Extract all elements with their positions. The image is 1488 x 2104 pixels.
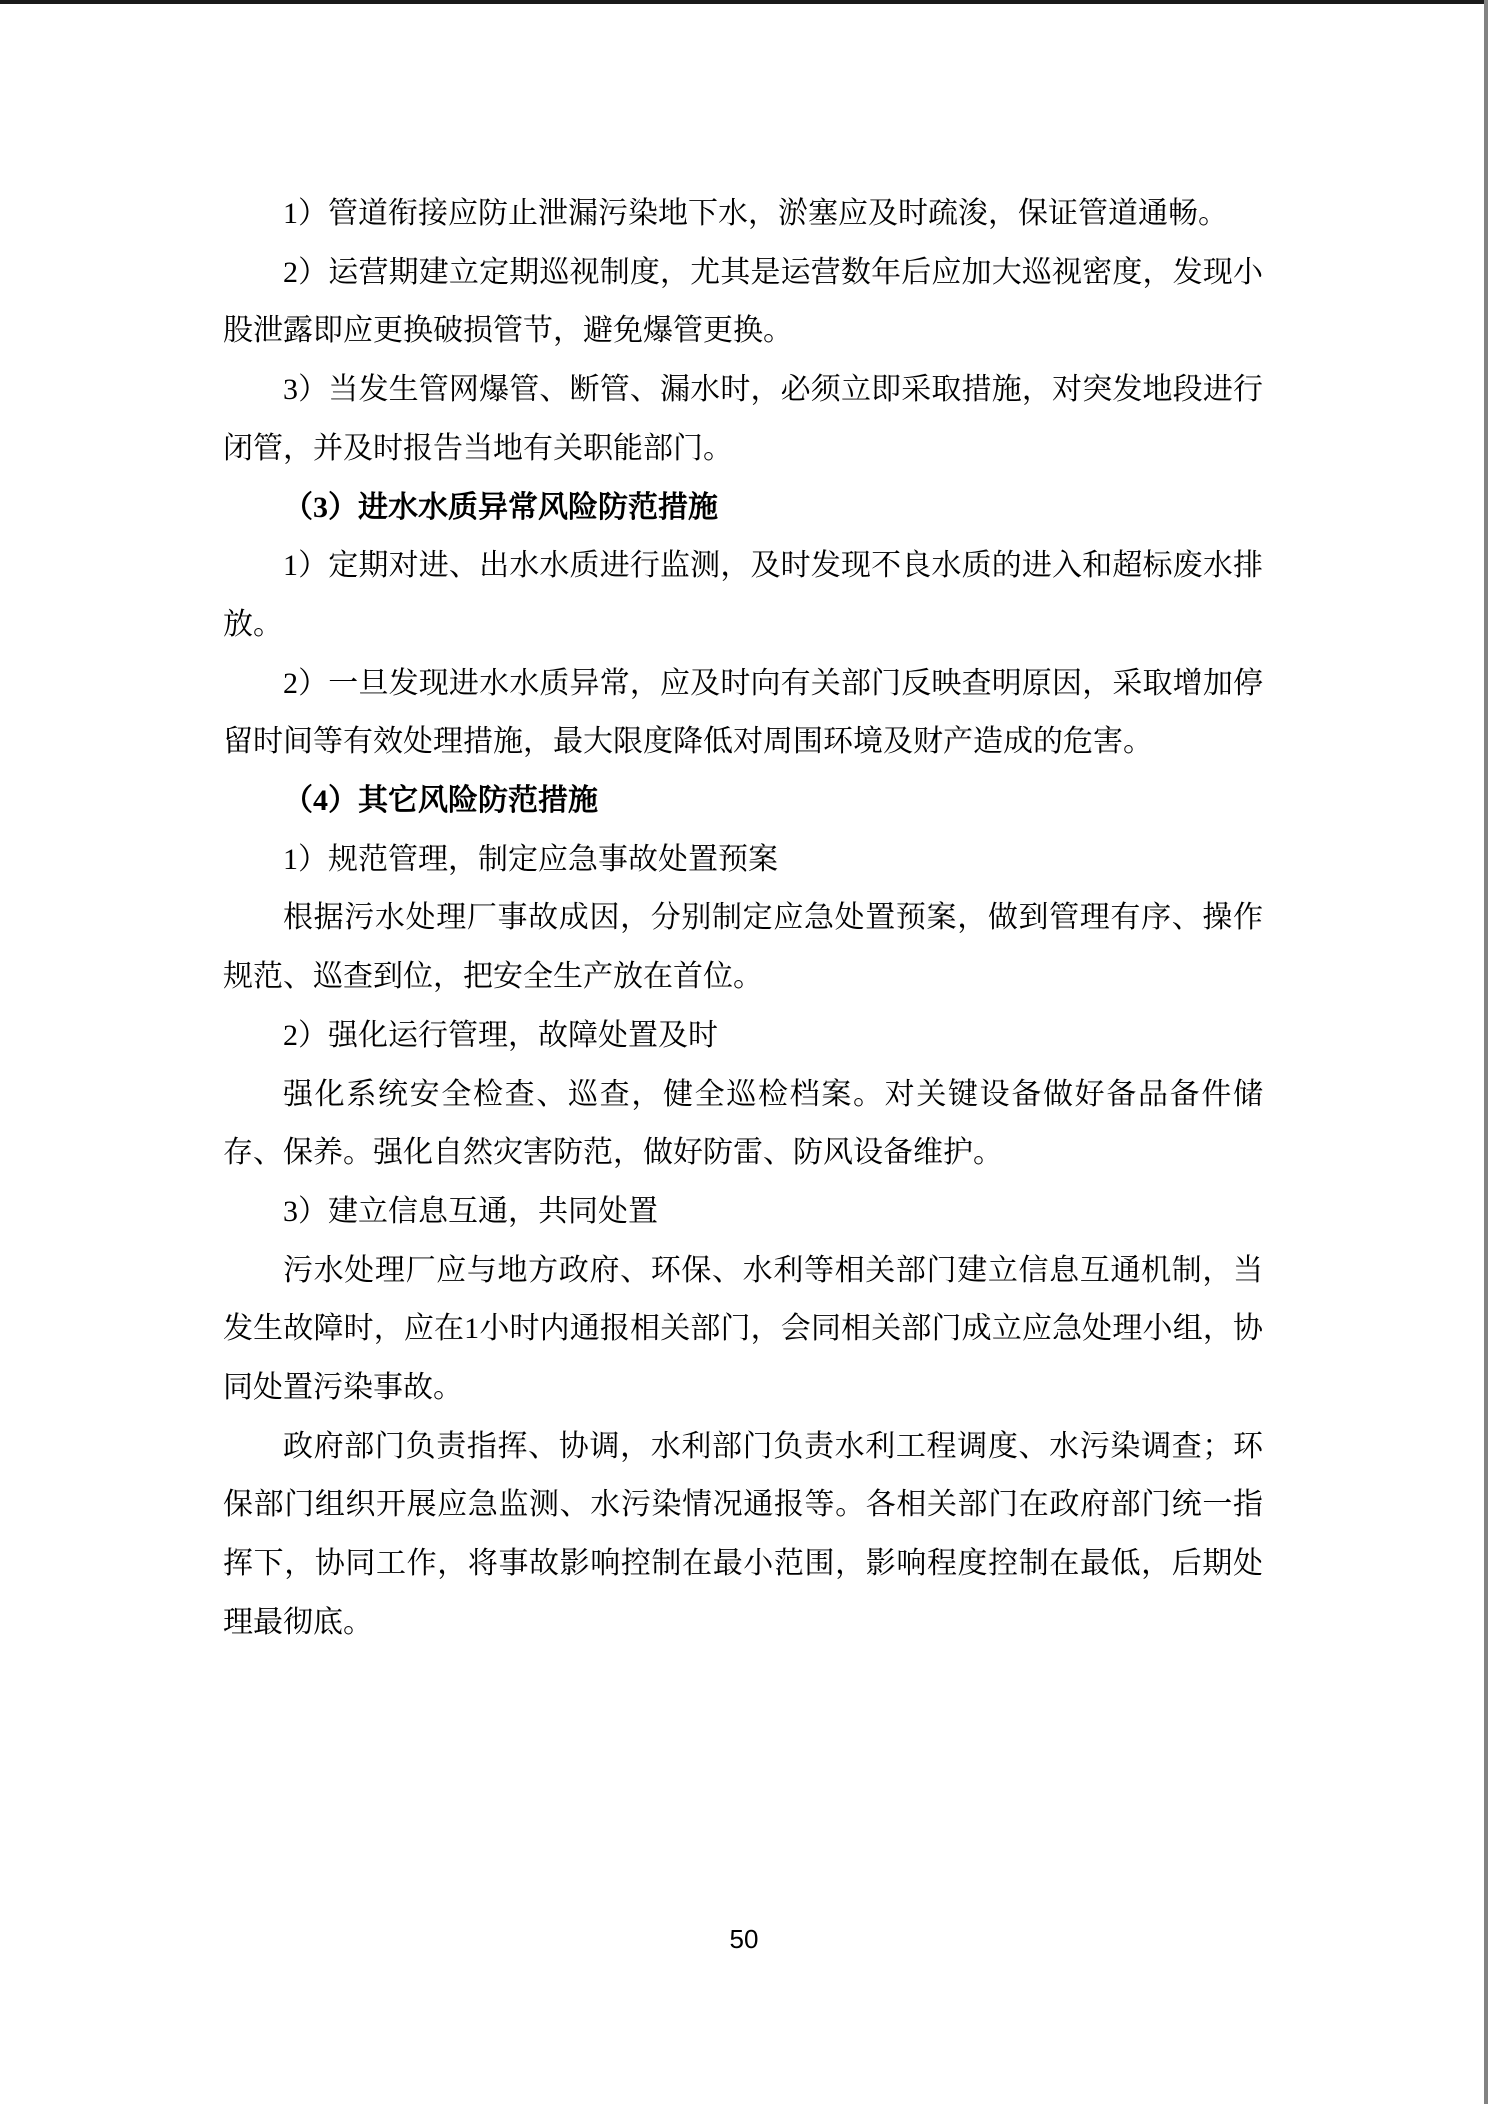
paragraph: 强化系统安全检查、巡查，健全巡检档案。对关键设备做好备品备件储存、保养。强化自然… xyxy=(223,1066,1263,1183)
paragraph: 2）一旦发现进水水质异常，应及时向有关部门反映查明原因，采取增加停留时间等有效处… xyxy=(223,655,1263,772)
page-right-border-line xyxy=(1484,0,1488,2104)
paragraph: 政府部门负责指挥、协调，水利部门负责水利工程调度、水污染调查；环保部门组织开展应… xyxy=(223,1418,1263,1653)
paragraph: 3）建立信息互通，共同处置 xyxy=(223,1183,1263,1242)
section-heading: （3）进水水质异常风险防范措施 xyxy=(223,479,1263,538)
section-heading: （4）其它风险防范措施 xyxy=(223,772,1263,831)
paragraph: 1）规范管理，制定应急事故处置预案 xyxy=(223,831,1263,890)
paragraph: 2）运营期建立定期巡视制度，尤其是运营数年后应加大巡视密度，发现小股泄露即应更换… xyxy=(223,244,1263,361)
document-body: 1）管道衔接应防止泄漏污染地下水，淤塞应及时疏浚，保证管道通畅。2）运营期建立定… xyxy=(223,185,1263,1653)
page-top-border-line xyxy=(0,0,1488,4)
paragraph: 1）管道衔接应防止泄漏污染地下水，淤塞应及时疏浚，保证管道通畅。 xyxy=(223,185,1263,244)
paragraph: 1）定期对进、出水水质进行监测，及时发现不良水质的进入和超标废水排放。 xyxy=(223,537,1263,654)
paragraph: 根据污水处理厂事故成因，分别制定应急处置预案，做到管理有序、操作规范、巡查到位，… xyxy=(223,889,1263,1006)
paragraph: 污水处理厂应与地方政府、环保、水利等相关部门建立信息互通机制，当发生故障时，应在… xyxy=(223,1242,1263,1418)
page-number: 50 xyxy=(0,1924,1488,1954)
paragraph: 2）强化运行管理，故障处置及时 xyxy=(223,1007,1263,1066)
paragraph: 3）当发生管网爆管、断管、漏水时，必须立即采取措施，对突发地段进行闭管，并及时报… xyxy=(223,361,1263,478)
document-page: 1）管道衔接应防止泄漏污染地下水，淤塞应及时疏浚，保证管道通畅。2）运营期建立定… xyxy=(0,0,1488,2104)
